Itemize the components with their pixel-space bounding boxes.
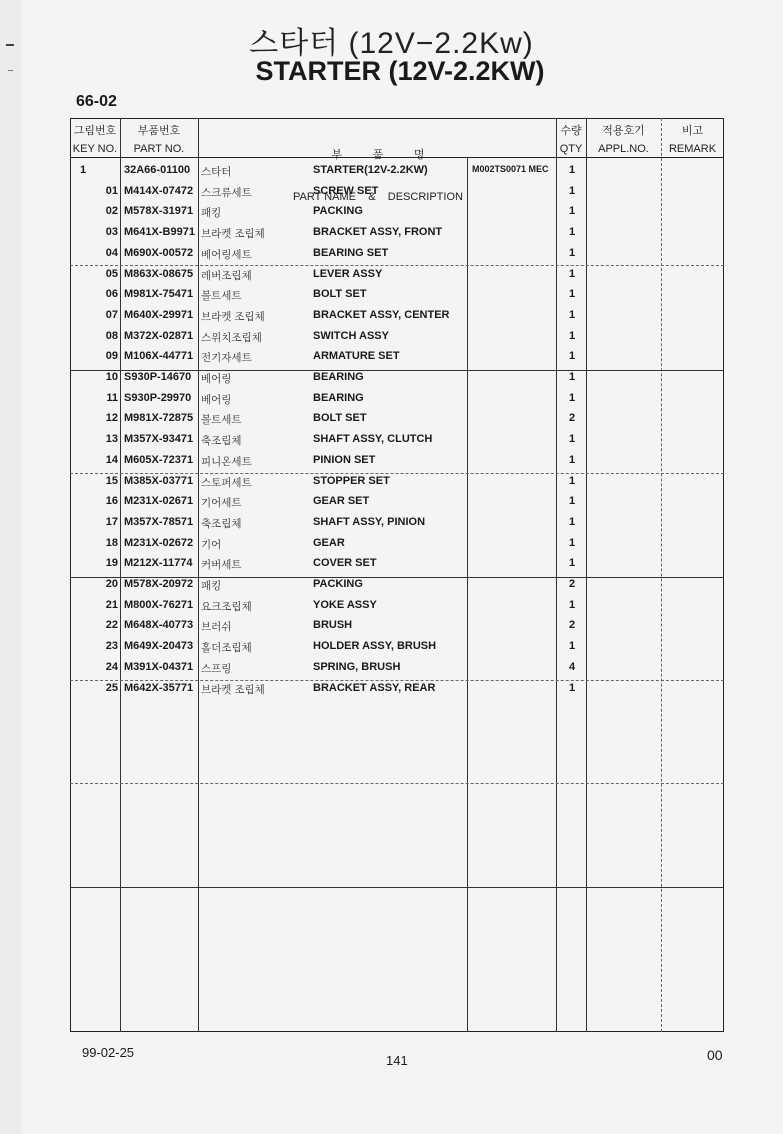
model-code-cell: M002TS0071 MEC bbox=[472, 164, 549, 174]
part-name-english-cell: ARMATURE SET bbox=[313, 350, 400, 362]
qty-cell: 1 bbox=[560, 516, 584, 528]
key-no-cell: 19 bbox=[70, 557, 118, 569]
part-name-korean-cell: 베어링 bbox=[201, 392, 231, 407]
part-no-cell: S930P-29970 bbox=[124, 392, 191, 404]
table-row: 17M357X-78571축조립체SHAFT ASSY, PINION1 bbox=[70, 512, 724, 533]
qty-cell: 1 bbox=[560, 185, 584, 197]
part-name-korean-cell: 베어링세트 bbox=[201, 247, 252, 262]
table-row: 23M649X-20473홀더조립체HOLDER ASSY, BRUSH1 bbox=[70, 636, 724, 657]
part-no-cell: M231X-02671 bbox=[124, 495, 193, 507]
header-appl-no: 적용호기 APPL.NO. bbox=[586, 122, 661, 155]
part-name-english-cell: BRACKET ASSY, FRONT bbox=[313, 226, 442, 238]
page-number: 141 bbox=[386, 1053, 408, 1068]
group-divider bbox=[70, 783, 724, 784]
part-name-korean-cell: 전기자세트 bbox=[201, 350, 252, 365]
part-no-cell: M357X-93471 bbox=[124, 433, 193, 445]
key-no-cell: 01 bbox=[70, 185, 118, 197]
table-row: 03M641X-B9971브라켓 조립체BRACKET ASSY, FRONT1 bbox=[70, 222, 724, 243]
table-row: 25M642X-35771브라켓 조립체BRACKET ASSY, REAR1 bbox=[70, 678, 724, 699]
part-no-cell: M981X-72875 bbox=[124, 412, 193, 424]
key-no-cell: 12 bbox=[70, 412, 118, 424]
part-name-english-cell: SPRING, BRUSH bbox=[313, 661, 400, 673]
key-no-cell: 15 bbox=[70, 475, 118, 487]
part-name-korean-cell: 기어 bbox=[201, 537, 221, 552]
footer-date: 99-02-25 bbox=[82, 1045, 134, 1060]
part-name-korean-cell: 요크조립체 bbox=[201, 599, 252, 614]
part-name-korean-cell: 브라켓 조립체 bbox=[201, 226, 265, 241]
key-no-cell: 13 bbox=[70, 433, 118, 445]
header-remark: 비고 REMARK bbox=[661, 122, 724, 155]
part-name-korean-cell: 축조립체 bbox=[201, 433, 242, 448]
part-name-korean-cell: 패킹 bbox=[201, 578, 221, 593]
qty-cell: 1 bbox=[560, 164, 584, 176]
key-no-cell: 1 bbox=[80, 164, 100, 176]
part-no-cell: M641X-B9971 bbox=[124, 226, 195, 238]
part-no-cell: M690X-00572 bbox=[124, 247, 193, 259]
header-part-no: 부품번호 PART NO. bbox=[120, 122, 198, 155]
qty-cell: 1 bbox=[560, 599, 584, 611]
key-no-cell: 18 bbox=[70, 537, 118, 549]
part-name-english-cell: STARTER(12V-2.2KW) bbox=[313, 164, 428, 176]
table-row: 08M372X-02871스위치조립체SWITCH ASSY1 bbox=[70, 326, 724, 347]
key-no-cell: 04 bbox=[70, 247, 118, 259]
part-name-english-cell: LEVER ASSY bbox=[313, 268, 382, 280]
table-row: 09M106X-44771전기자세트ARMATURE SET1 bbox=[70, 346, 724, 367]
part-name-korean-cell: 스토퍼세트 bbox=[201, 475, 252, 490]
qty-cell: 1 bbox=[560, 475, 584, 487]
part-no-cell: M578X-31971 bbox=[124, 205, 193, 217]
table-row: 21M800X-76271요크조립체YOKE ASSY1 bbox=[70, 595, 724, 616]
key-no-cell: 07 bbox=[70, 309, 118, 321]
part-no-cell: M391X-04371 bbox=[124, 661, 193, 673]
part-no-cell: M642X-35771 bbox=[124, 682, 193, 694]
part-no-cell: M385X-03771 bbox=[124, 475, 193, 487]
key-no-cell: 11 bbox=[70, 392, 118, 404]
key-no-cell: 10 bbox=[70, 371, 118, 383]
key-no-cell: 06 bbox=[70, 288, 118, 300]
table-row: 13M357X-93471축조립체SHAFT ASSY, CLUTCH1 bbox=[70, 429, 724, 450]
table-row: 12M981X-72875볼트세트BOLT SET2 bbox=[70, 408, 724, 429]
key-no-cell: 20 bbox=[70, 578, 118, 590]
part-name-english-cell: BRACKET ASSY, CENTER bbox=[313, 309, 450, 321]
header-qty: 수량 QTY bbox=[556, 122, 586, 155]
part-no-cell: M231X-02672 bbox=[124, 537, 193, 549]
key-no-cell: 17 bbox=[70, 516, 118, 528]
part-name-korean-cell: 브라켓 조립체 bbox=[201, 682, 265, 697]
qty-cell: 1 bbox=[560, 557, 584, 569]
part-name-english-cell: SHAFT ASSY, CLUTCH bbox=[313, 433, 432, 445]
part-name-korean-cell: 볼트세트 bbox=[201, 288, 242, 303]
table-row: 01M414X-07472스크류세트SCREW SET1 bbox=[70, 181, 724, 202]
part-no-cell: M212X-11774 bbox=[124, 557, 193, 569]
key-no-cell: 22 bbox=[70, 619, 118, 631]
key-no-cell: 21 bbox=[70, 599, 118, 611]
table-row: 24M391X-04371스프링SPRING, BRUSH4 bbox=[70, 657, 724, 678]
key-no-cell: 09 bbox=[70, 350, 118, 362]
qty-cell: 1 bbox=[560, 226, 584, 238]
part-name-korean-cell: 스크류세트 bbox=[201, 185, 252, 200]
table-row: 20M578X-20972패킹PACKING2 bbox=[70, 574, 724, 595]
scan-margin bbox=[0, 0, 22, 1134]
part-name-english-cell: HOLDER ASSY, BRUSH bbox=[313, 640, 436, 652]
part-no-cell: M357X-78571 bbox=[124, 516, 193, 528]
qty-cell: 1 bbox=[560, 288, 584, 300]
part-name-korean-cell: 기어세트 bbox=[201, 495, 242, 510]
part-no-cell: 32A66-01100 bbox=[124, 164, 190, 176]
table-row: 05M863X-08675레버조립체LEVER ASSY1 bbox=[70, 264, 724, 285]
part-name-english-cell: BRUSH bbox=[313, 619, 352, 631]
part-name-korean-cell: 브라켓 조립체 bbox=[201, 309, 265, 324]
revision-number: 00 bbox=[707, 1047, 723, 1063]
part-name-english-cell: BEARING bbox=[313, 392, 364, 404]
part-name-korean-cell: 커버세트 bbox=[201, 557, 242, 572]
key-no-cell: 16 bbox=[70, 495, 118, 507]
qty-cell: 1 bbox=[560, 495, 584, 507]
table-row: 22M648X-40773브러쉬BRUSH2 bbox=[70, 615, 724, 636]
table-row: 19M212X-11774커버세트COVER SET1 bbox=[70, 553, 724, 574]
part-name-korean-cell: 스위치조립체 bbox=[201, 330, 262, 345]
table-row: 07M640X-29971브라켓 조립체BRACKET ASSY, CENTER… bbox=[70, 305, 724, 326]
qty-cell: 1 bbox=[560, 205, 584, 217]
table-row: 15M385X-03771스토퍼세트STOPPER SET1 bbox=[70, 471, 724, 492]
part-name-english-cell: SWITCH ASSY bbox=[313, 330, 389, 342]
table-row: 16M231X-02671기어세트GEAR SET1 bbox=[70, 491, 724, 512]
part-no-cell: M640X-29971 bbox=[124, 309, 193, 321]
key-no-cell: 02 bbox=[70, 205, 118, 217]
qty-cell: 4 bbox=[560, 661, 584, 673]
qty-cell: 2 bbox=[560, 412, 584, 424]
qty-cell: 1 bbox=[560, 309, 584, 321]
qty-cell: 1 bbox=[560, 537, 584, 549]
section-code: 66-02 bbox=[76, 93, 117, 111]
part-no-cell: M981X-75471 bbox=[124, 288, 193, 300]
table-row: 18M231X-02672기어GEAR1 bbox=[70, 533, 724, 554]
part-name-korean-cell: 패킹 bbox=[201, 205, 221, 220]
part-name-korean-cell: 피니온세트 bbox=[201, 454, 252, 469]
qty-cell: 1 bbox=[560, 350, 584, 362]
key-no-cell: 05 bbox=[70, 268, 118, 280]
part-name-english-cell: BRACKET ASSY, REAR bbox=[313, 682, 435, 694]
part-name-korean-cell: 스타터 bbox=[201, 164, 231, 179]
key-no-cell: 23 bbox=[70, 640, 118, 652]
part-name-korean-cell: 레버조립체 bbox=[201, 268, 252, 283]
part-name-english-cell: SCREW SET bbox=[313, 185, 378, 197]
part-no-cell: M414X-07472 bbox=[124, 185, 193, 197]
qty-cell: 1 bbox=[560, 247, 584, 259]
page-title-english: STARTER (12V-2.2KW) bbox=[0, 56, 783, 87]
part-name-english-cell: COVER SET bbox=[313, 557, 377, 569]
part-no-cell: M863X-08675 bbox=[124, 268, 193, 280]
part-name-korean-cell: 스프링 bbox=[201, 661, 231, 676]
part-no-cell: M578X-20972 bbox=[124, 578, 193, 590]
table-row: 04M690X-00572베어링세트BEARING SET1 bbox=[70, 243, 724, 264]
qty-cell: 1 bbox=[560, 640, 584, 652]
part-name-korean-cell: 축조립체 bbox=[201, 516, 242, 531]
key-no-cell: 08 bbox=[70, 330, 118, 342]
part-name-english-cell: YOKE ASSY bbox=[313, 599, 377, 611]
qty-cell: 1 bbox=[560, 433, 584, 445]
table-row: 132A66-01100스타터STARTER(12V-2.2KW)M002TS0… bbox=[70, 160, 724, 181]
part-name-english-cell: GEAR bbox=[313, 537, 345, 549]
table-row: 10S930P-14670베어링BEARING1 bbox=[70, 367, 724, 388]
part-name-english-cell: BOLT SET bbox=[313, 412, 367, 424]
part-name-english-cell: BEARING bbox=[313, 371, 364, 383]
part-no-cell: M648X-40773 bbox=[124, 619, 193, 631]
part-name-korean-cell: 볼트세트 bbox=[201, 412, 242, 427]
part-name-english-cell: PACKING bbox=[313, 205, 363, 217]
qty-cell: 1 bbox=[560, 268, 584, 280]
qty-cell: 2 bbox=[560, 578, 584, 590]
table-row: 06M981X-75471볼트세트BOLT SET1 bbox=[70, 284, 724, 305]
table-row: 14M605X-72371피니온세트PINION SET1 bbox=[70, 450, 724, 471]
part-no-cell: M649X-20473 bbox=[124, 640, 193, 652]
table-row: 11S930P-29970베어링BEARING1 bbox=[70, 388, 724, 409]
part-name-korean-cell: 홀더조립체 bbox=[201, 640, 252, 655]
part-name-english-cell: BOLT SET bbox=[313, 288, 367, 300]
qty-cell: 1 bbox=[560, 371, 584, 383]
key-no-cell: 24 bbox=[70, 661, 118, 673]
key-no-cell: 14 bbox=[70, 454, 118, 466]
part-name-korean-cell: 베어링 bbox=[201, 371, 231, 386]
part-no-cell: M372X-02871 bbox=[124, 330, 193, 342]
part-name-english-cell: BEARING SET bbox=[313, 247, 388, 259]
part-name-english-cell: STOPPER SET bbox=[313, 475, 390, 487]
key-no-cell: 03 bbox=[70, 226, 118, 238]
qty-cell: 2 bbox=[560, 619, 584, 631]
part-name-english-cell: SHAFT ASSY, PINION bbox=[313, 516, 425, 528]
qty-cell: 1 bbox=[560, 682, 584, 694]
part-no-cell: M106X-44771 bbox=[124, 350, 193, 362]
part-name-korean-cell: 브러쉬 bbox=[201, 619, 231, 634]
group-divider bbox=[70, 887, 724, 888]
header-key-no: 그림번호 KEY NO. bbox=[70, 122, 120, 155]
table-row: 02M578X-31971패킹PACKING1 bbox=[70, 201, 724, 222]
part-name-english-cell: PINION SET bbox=[313, 454, 375, 466]
qty-cell: 1 bbox=[560, 330, 584, 342]
qty-cell: 1 bbox=[560, 454, 584, 466]
part-name-english-cell: PACKING bbox=[313, 578, 363, 590]
key-no-cell: 25 bbox=[70, 682, 118, 694]
part-name-english-cell: GEAR SET bbox=[313, 495, 369, 507]
part-no-cell: M605X-72371 bbox=[124, 454, 193, 466]
part-no-cell: M800X-76271 bbox=[124, 599, 193, 611]
qty-cell: 1 bbox=[560, 392, 584, 404]
part-no-cell: S930P-14670 bbox=[124, 371, 191, 383]
